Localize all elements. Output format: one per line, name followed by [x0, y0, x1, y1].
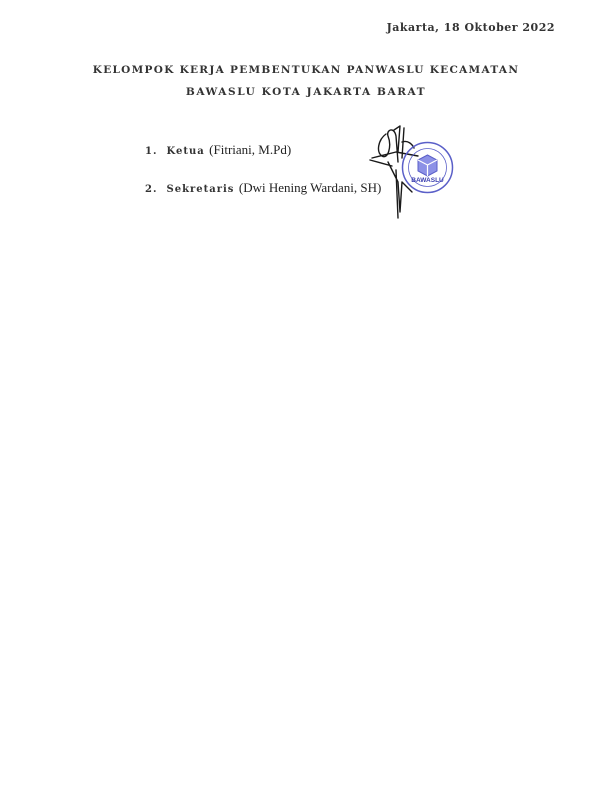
stamp-label: BAWASLU [411, 177, 444, 184]
bawaslu-stamp-icon: BAWASLU [400, 140, 455, 195]
member-role: Ketua [166, 146, 204, 157]
member-name: (Dwi Hening Wardani, SH) [239, 180, 381, 195]
document-title-line1: KELOMPOK KERJA PEMBENTUKAN PANWASLU KECA… [0, 64, 612, 76]
member-item-ketua: 1. Ketua (Fitriani, M.Pd) [145, 142, 291, 158]
document-date: Jakarta, 18 Oktober 2022 [387, 21, 555, 34]
member-item-sekretaris: 2. Sekretaris (Dwi Hening Wardani, SH) [145, 180, 381, 196]
member-name: (Fitriani, M.Pd) [209, 142, 291, 157]
member-number: 1. [145, 146, 162, 157]
member-number: 2. [145, 184, 162, 195]
member-role: Sekretaris [166, 184, 234, 195]
document-title-line2: BAWASLU KOTA JAKARTA BARAT [0, 86, 612, 98]
